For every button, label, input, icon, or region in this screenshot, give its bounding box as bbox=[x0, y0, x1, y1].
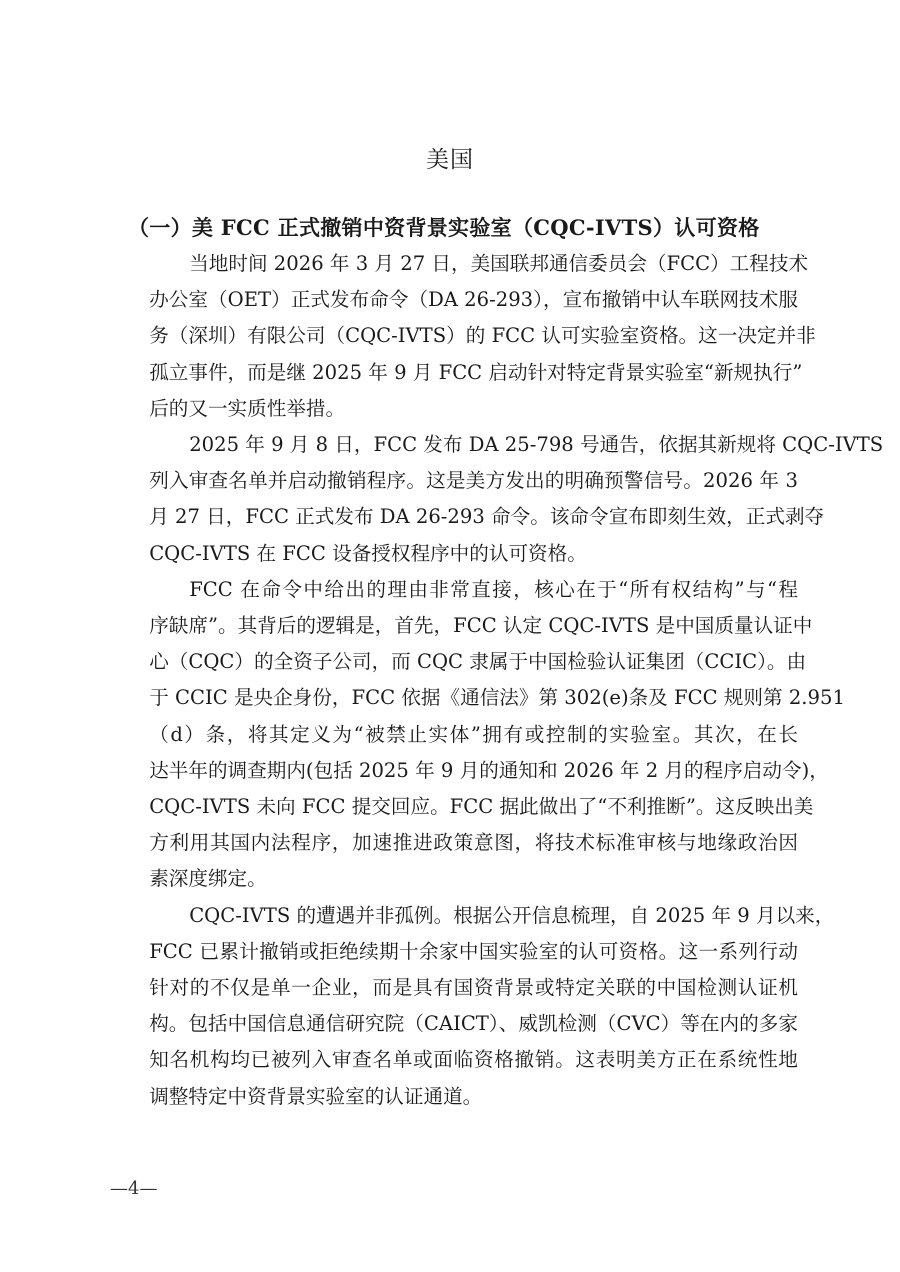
text-line: 办公室（OET）正式发布命令（DA 26-293），宣布撤销中认车联网技术服 bbox=[110, 282, 798, 318]
text-line: 当地时间 2026 年 3 月 27 日，美国联邦通信委员会（FCC）工程技术 bbox=[110, 246, 798, 282]
text-line: 孤立事件，而是继 2025 年 9 月 FCC 启动针对特定背景实验室“新规执行… bbox=[110, 355, 798, 391]
document-body: 当地时间 2026 年 3 月 27 日，美国联邦通信委员会（FCC）工程技术 … bbox=[110, 246, 798, 1115]
country-title: 美国 bbox=[0, 141, 900, 174]
text-line: 构。包括中国信息通信研究院（CAICT）、威凯检测（CVC）等在内的多家 bbox=[110, 1006, 798, 1042]
text-line: 2025 年 9 月 8 日，FCC 发布 DA 25-798 号通告，依据其新… bbox=[110, 427, 798, 463]
text-line: 方利用其国内法程序，加速推进政策意图，将技术标准审核与地缘政治因 bbox=[110, 825, 798, 861]
text-line: 务（深圳）有限公司（CQC-IVTS）的 FCC 认可实验室资格。这一决定并非 bbox=[110, 318, 798, 354]
section-heading: （一）美 FCC 正式撤销中资背景实验室（CQC-IVTS）认可资格 bbox=[128, 212, 828, 242]
text-line: （d）条，将其定义为“被禁止实体”拥有或控制的实验室。其次，在长 bbox=[110, 717, 798, 753]
text-line: 于 CCIC 是央企身份，FCC 依据《通信法》第 302(e)条及 FCC 规… bbox=[110, 680, 798, 716]
paragraph-3: FCC 在命令中给出的理由非常直接，核心在于“所有权结构”与“程 序缺席”。其背… bbox=[110, 572, 798, 898]
text-line: 达半年的调查期内(包括 2025 年 9 月的通知和 2026 年 2 月的程序… bbox=[110, 753, 798, 789]
text-line: 列入审查名单并启动撤销程序。这是美方发出的明确预警信号。2026 年 3 bbox=[110, 463, 798, 499]
text-line: 调整特定中资背景实验室的认证通道。 bbox=[110, 1079, 798, 1115]
document-page: 美国 （一）美 FCC 正式撤销中资背景实验室（CQC-IVTS）认可资格 当地… bbox=[0, 0, 900, 1272]
text-line: CQC-IVTS 的遭遇并非孤例。根据公开信息梳理，自 2025 年 9 月以来… bbox=[110, 898, 798, 934]
text-line: FCC 在命令中给出的理由非常直接，核心在于“所有权结构”与“程 bbox=[110, 572, 798, 608]
paragraph-1: 当地时间 2026 年 3 月 27 日，美国联邦通信委员会（FCC）工程技术 … bbox=[110, 246, 798, 427]
text-line: 后的又一实质性举措。 bbox=[110, 391, 798, 427]
paragraph-4: CQC-IVTS 的遭遇并非孤例。根据公开信息梳理，自 2025 年 9 月以来… bbox=[110, 898, 798, 1115]
text-line: 针对的不仅是单一企业，而是具有国资背景或特定关联的中国检测认证机 bbox=[110, 970, 798, 1006]
paragraph-2: 2025 年 9 月 8 日，FCC 发布 DA 25-798 号通告，依据其新… bbox=[110, 427, 798, 572]
text-line: 序缺席”。其背后的逻辑是，首先，FCC 认定 CQC-IVTS 是中国质量认证中 bbox=[110, 608, 798, 644]
text-line: 知名机构均已被列入审查名单或面临资格撤销。这表明美方正在系统性地 bbox=[110, 1042, 798, 1078]
text-line: CQC-IVTS 未向 FCC 提交回应。FCC 据此做出了“不利推断”。这反映… bbox=[110, 789, 798, 825]
text-line: 心（CQC）的全资子公司，而 CQC 隶属于中国检验认证集团（CCIC）。由 bbox=[110, 644, 798, 680]
page-number: —4— bbox=[110, 1178, 157, 1199]
text-line: FCC 已累计撤销或拒绝续期十余家中国实验室的认可资格。这一系列行动 bbox=[110, 934, 798, 970]
text-line: 月 27 日，FCC 正式发布 DA 26-293 命令。该命令宣布即刻生效，正… bbox=[110, 499, 798, 535]
text-line: CQC-IVTS 在 FCC 设备授权程序中的认可资格。 bbox=[110, 536, 798, 572]
text-line: 素深度绑定。 bbox=[110, 861, 798, 897]
